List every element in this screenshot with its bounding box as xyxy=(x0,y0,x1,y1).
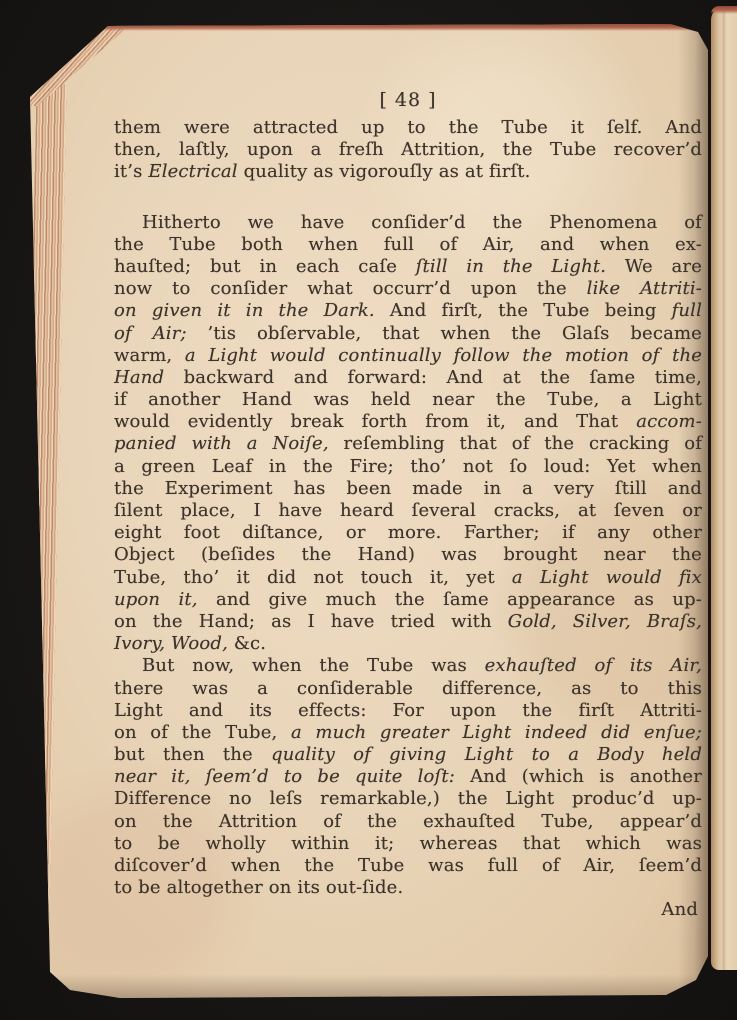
text-segment: ’tis obſervable, that when the Glaſs bec… xyxy=(187,323,702,344)
text-segment: Light and its effects: For upon the firſ… xyxy=(114,700,702,721)
text-line: Hand backward and forward: And at the ſa… xyxy=(114,367,702,389)
text-segment: it’s xyxy=(114,161,148,182)
italic-text-segment: accom- xyxy=(636,411,702,432)
text-line: diſcover’d when the Tube was full of Air… xyxy=(114,855,702,877)
text-segment: And firſt, the Tube being xyxy=(375,300,672,321)
text-segment: warm, xyxy=(114,345,185,366)
text-segment: if another Hand was held near the Tube, … xyxy=(114,389,702,410)
facing-page-red-edge xyxy=(711,6,737,14)
text-line: Tube, tho’ it did not touch it, yet a Li… xyxy=(114,567,702,589)
italic-text-segment: like Attriti- xyxy=(587,278,702,299)
italic-text-segment: of Air; xyxy=(114,323,187,344)
text-line: to be wholly within it; whereas that whi… xyxy=(114,833,702,855)
text-segment: And (which is another xyxy=(455,766,702,787)
text-segment: hauſted; but in each caſe xyxy=(114,256,416,277)
text-segment: would evidently break forth from it, and… xyxy=(114,411,636,432)
text-line: warm, a Light would continually follow t… xyxy=(114,345,702,367)
text-line: Ivory, Wood, &c. xyxy=(114,633,702,655)
paragraph: But now, when the Tube was exhauſted of … xyxy=(114,655,702,899)
text-segment: to be wholly within it; whereas that whi… xyxy=(114,833,702,854)
paragraph: Hitherto we have conſider’d the Phenomen… xyxy=(114,212,702,656)
page-stack-edge-stripes xyxy=(17,84,66,1000)
text-segment: the Experiment has been made in a very ſ… xyxy=(114,478,702,499)
red-stained-top-edge xyxy=(102,24,704,31)
scanned-book-photo: { "page": { "header": "[ 48 ]", "catchwo… xyxy=(0,0,737,1020)
text-segment: Object (beſides the Hand) was brought ne… xyxy=(114,544,702,565)
text-line: there was a conſiderable difference, as … xyxy=(114,678,702,700)
text-line: would evidently break forth from it, and… xyxy=(114,411,702,433)
text-line: but then the quality of giving Light to … xyxy=(114,744,702,766)
text-segment: then, laſtly, upon a freſh Attrition, th… xyxy=(114,139,702,160)
text-line: eight foot diſtance, or more. Farther; i… xyxy=(114,522,702,544)
text-segment: but then the xyxy=(114,744,271,765)
paragraphs-container: them were attracted up to the Tube it ſe… xyxy=(114,117,702,899)
text-segment: on the Attrition of the exhauſted Tube, … xyxy=(114,811,702,832)
page-stack-corner-stripes xyxy=(28,22,124,106)
italic-text-segment: Electrical xyxy=(148,161,237,182)
text-segment: Tube, tho’ it did not touch it, yet xyxy=(114,567,512,588)
text-line: panied with a Noiſe, reſembling that of … xyxy=(114,433,702,455)
text-segment: ſilent place, I have heard ſeveral crack… xyxy=(114,500,702,521)
italic-text-segment: on given it in the Dark. xyxy=(114,300,375,321)
text-segment: diſcover’d when the Tube was full of Air… xyxy=(114,855,702,876)
text-line: it’s Electrical quality as vigorouſly as… xyxy=(114,161,702,183)
catchword: And xyxy=(114,899,702,921)
text-segment: them were attracted up to the Tube it ſe… xyxy=(114,117,702,138)
text-segment: and give much the ſame appearance as up- xyxy=(198,589,702,610)
italic-text-segment: panied with a Noiſe, xyxy=(114,433,329,454)
text-line: hauſted; but in each caſe ſtill in the L… xyxy=(114,256,702,278)
text-line: then, laſtly, upon a freſh Attrition, th… xyxy=(114,139,702,161)
text-segment: on the Hand; as I have tried with xyxy=(114,611,508,632)
text-segment: &c. xyxy=(228,633,266,654)
text-segment: the Tube both when full of Air, and when… xyxy=(114,234,702,255)
italic-text-segment: upon it, xyxy=(114,589,198,610)
italic-text-segment: exhauſted of its Air, xyxy=(485,655,702,676)
italic-text-segment: a Light would continually follow the mot… xyxy=(185,345,702,366)
italic-text-segment: Gold, Silver, Braſs, xyxy=(508,611,702,632)
text-line: upon it, and give much the ſame appearan… xyxy=(114,589,702,611)
text-line: near it, ſeem’d to be quite loſt: And (w… xyxy=(114,766,702,788)
text-segment: But now, when the Tube was xyxy=(142,655,485,676)
text-segment: a green Leaf in the Fire; tho’ not ſo lo… xyxy=(114,456,702,477)
italic-text-segment: Ivory, Wood, xyxy=(114,633,228,654)
text-segment: reſembling that of the cracking of xyxy=(329,433,702,454)
text-line: if another Hand was held near the Tube, … xyxy=(114,389,702,411)
text-line: Difference no leſs remarkable,) the Ligh… xyxy=(114,788,702,810)
text-line: Object (beſides the Hand) was brought ne… xyxy=(114,544,702,566)
text-line: the Tube both when full of Air, and when… xyxy=(114,234,702,256)
text-segment: on of the Tube, xyxy=(114,722,291,743)
italic-text-segment: Hand xyxy=(114,367,164,388)
bottom-shadow xyxy=(30,974,708,998)
text-segment: backward and forward: And at the ſame ti… xyxy=(164,367,702,388)
text-line: Light and its effects: For upon the firſ… xyxy=(114,700,702,722)
italic-text-segment: full xyxy=(672,300,702,321)
text-segment: now to conſider what occurr’d upon the xyxy=(114,278,587,299)
text-segment: there was a conſiderable difference, as … xyxy=(114,678,702,699)
text-segment: Hitherto we have conſider’d the Phenomen… xyxy=(142,212,702,233)
text-segment: We are xyxy=(606,256,702,277)
italic-text-segment: a Light would fix xyxy=(512,567,702,588)
text-line: now to conſider what occurr’d upon the l… xyxy=(114,278,702,300)
text-line: But now, when the Tube was exhauſted of … xyxy=(114,655,702,677)
text-segment: Difference no leſs remarkable,) the Ligh… xyxy=(114,788,702,809)
italic-text-segment: quality of giving Light to a Body held xyxy=(271,744,702,765)
text-line: the Experiment has been made in a very ſ… xyxy=(114,478,702,500)
facing-page-edge xyxy=(711,6,737,970)
text-line: ſilent place, I have heard ſeveral crack… xyxy=(114,500,702,522)
italic-text-segment: a much greater Light indeed did enſue; xyxy=(291,722,702,743)
text-segment: to be altogether on its out-ſide. xyxy=(114,877,403,898)
book-page: [ 48 ] them were attracted up to the Tub… xyxy=(30,24,708,998)
text-line: on given it in the Dark. And firſt, the … xyxy=(114,300,702,322)
italic-text-segment: near it, ſeem’d to be quite loſt: xyxy=(114,766,455,787)
text-line: on of the Tube, a much greater Light ind… xyxy=(114,722,702,744)
page-text: [ 48 ] them were attracted up to the Tub… xyxy=(114,88,702,922)
text-line: on the Hand; as I have tried with Gold, … xyxy=(114,611,702,633)
italic-text-segment: ſtill in the Light. xyxy=(416,256,606,277)
text-line: to be altogether on its out-ſide. xyxy=(114,877,702,899)
text-line: Hitherto we have conſider’d the Phenomen… xyxy=(114,212,702,234)
text-line: a green Leaf in the Fire; tho’ not ſo lo… xyxy=(114,456,702,478)
text-segment: quality as vigorouſly as at firſt. xyxy=(238,161,531,182)
text-segment: eight foot diſtance, or more. Farther; i… xyxy=(114,522,702,543)
text-line: on the Attrition of the exhauſted Tube, … xyxy=(114,811,702,833)
text-line: of Air; ’tis obſervable, that when the G… xyxy=(114,323,702,345)
paragraph: them were attracted up to the Tube it ſe… xyxy=(114,117,702,184)
page-number: [ 48 ] xyxy=(114,88,702,112)
text-line: them were attracted up to the Tube it ſe… xyxy=(114,117,702,139)
